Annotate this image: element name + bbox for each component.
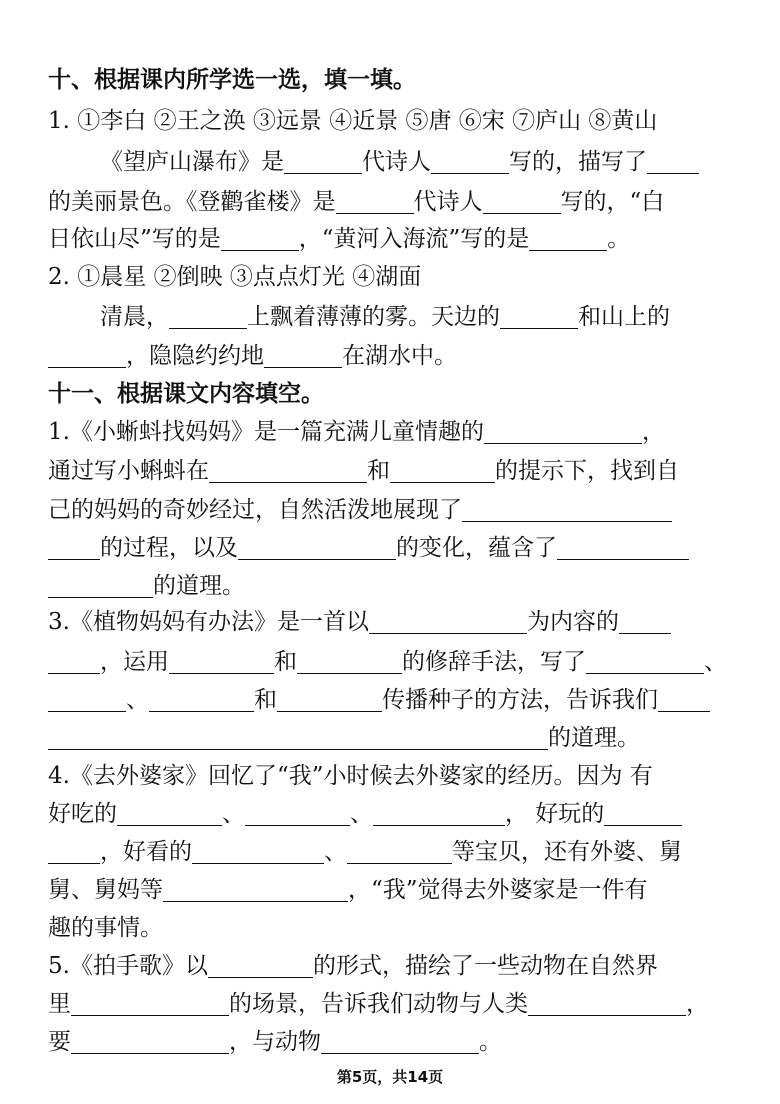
question-text: 等宝贝，还有外婆、舅 xyxy=(452,836,682,868)
answer-blank[interactable] xyxy=(48,685,126,712)
section-heading: 十一、根据课文内容填空。 xyxy=(48,370,324,410)
answer-blank[interactable] xyxy=(48,571,153,598)
question-text: 、 xyxy=(222,798,245,830)
question-text: 3.《植物妈妈有办法》是一首以 xyxy=(48,606,369,638)
question-line: 的过程，以及的变化，蕴含了 xyxy=(48,524,689,564)
question-line: 4.《去外婆家》回忆了“我”小时候去外婆家的经历。因为 有 xyxy=(48,752,653,792)
answer-blank[interactable] xyxy=(149,685,254,712)
question-line: 好吃的、、， 好玩的 xyxy=(48,790,682,830)
answer-blank[interactable] xyxy=(431,147,509,174)
question-text: ，“我”觉得去外婆家是一件有 xyxy=(348,874,648,906)
answer-blank[interactable] xyxy=(192,837,324,864)
answer-blank[interactable] xyxy=(483,187,561,214)
answer-blank[interactable] xyxy=(208,951,313,978)
question-text: 里 xyxy=(48,988,71,1020)
answer-blank[interactable] xyxy=(347,837,452,864)
answer-blank[interactable] xyxy=(528,989,686,1016)
question-text: ，与动物 xyxy=(229,1026,321,1058)
answer-blank[interactable] xyxy=(619,607,671,634)
answer-blank[interactable] xyxy=(245,799,350,826)
question-text: 、 xyxy=(126,684,149,716)
answer-blank[interactable] xyxy=(221,224,299,251)
question-line: 要，与动物。 xyxy=(48,1018,502,1058)
answer-blank[interactable] xyxy=(48,533,100,560)
question-text: ， xyxy=(642,416,665,448)
question-line: 里的场景，告诉我们动物与人类， xyxy=(48,980,709,1020)
question-text: 和山上的 xyxy=(578,301,670,333)
question-text: 、 xyxy=(324,836,347,868)
question-text: ，“黄河入海流”写的是 xyxy=(299,223,530,255)
question-line: 《望庐山瀑布》是代诗人写的，描写了 xyxy=(100,138,699,178)
question-text: 写的，“白 xyxy=(561,186,665,218)
question-text: 代诗人 xyxy=(414,186,483,218)
question-line: ，运用和的修辞手法，写了、 xyxy=(48,638,727,678)
question-text: 代诗人 xyxy=(362,146,431,178)
question-text: 的形式，描绘了一些动物在自然界 xyxy=(313,950,658,982)
question-options: 2. ①晨星 ②倒映 ③点点灯光 ④湖面 xyxy=(48,253,421,293)
question-text: 。 xyxy=(479,1026,502,1058)
answer-blank[interactable] xyxy=(604,799,682,826)
question-text: ，隐隐约约地 xyxy=(126,340,264,372)
question-text: 和 xyxy=(254,684,277,716)
answer-blank[interactable] xyxy=(297,647,402,674)
question-text: 1.《小蜥蚪找妈妈》是一篇充满儿童情趣的 xyxy=(48,416,484,448)
question-text: 和 xyxy=(274,646,297,678)
page-footer: 第5页，共14页 xyxy=(0,1066,780,1087)
answer-blank[interactable] xyxy=(658,685,710,712)
answer-blank[interactable] xyxy=(209,456,367,483)
answer-blank[interactable] xyxy=(71,1027,229,1054)
answer-blank[interactable] xyxy=(163,875,348,902)
answer-blank[interactable] xyxy=(284,147,362,174)
question-line: 日依山尽”写的是，“黄河入海流”写的是。 xyxy=(48,215,630,255)
answer-blank[interactable] xyxy=(117,799,222,826)
question-text: 舅、舅妈等 xyxy=(48,874,163,906)
section-heading: 十、根据课内所学选一选，填一填。 xyxy=(48,56,416,96)
question-text: 的场景，告诉我们动物与人类 xyxy=(229,988,528,1020)
answer-blank[interactable] xyxy=(373,799,505,826)
question-line: 5.《拍手歌》以的形式，描绘了一些动物在自然界 xyxy=(48,942,658,982)
question-line: 的道理。 xyxy=(48,714,640,754)
answer-blank[interactable] xyxy=(264,341,342,368)
answer-blank[interactable] xyxy=(169,302,247,329)
question-text: 要 xyxy=(48,1026,71,1058)
answer-blank[interactable] xyxy=(586,647,704,674)
question-text: ，运用 xyxy=(100,646,169,678)
question-line: 的道理。 xyxy=(48,562,245,602)
answer-blank[interactable] xyxy=(390,456,495,483)
question-text: 5.《拍手歌》以 xyxy=(48,950,208,982)
question-line: 3.《植物妈妈有办法》是一首以为内容的 xyxy=(48,598,671,638)
question-text: 为内容的 xyxy=(527,606,619,638)
question-line: 舅、舅妈等，“我”觉得去外婆家是一件有 xyxy=(48,866,648,906)
answer-blank[interactable] xyxy=(484,417,642,444)
answer-blank[interactable] xyxy=(71,989,229,1016)
answer-blank[interactable] xyxy=(238,533,396,560)
question-text: 上飘着薄薄的雾。天边的 xyxy=(247,301,500,333)
question-text: 好吃的 xyxy=(48,798,117,830)
question-text: 、 xyxy=(704,646,727,678)
answer-blank[interactable] xyxy=(169,647,274,674)
question-text: 4.《去外婆家》回忆了“我”小时候去外婆家的经历。因为 有 xyxy=(48,760,653,792)
question-text: 的美丽景色。《登鹳雀楼》是 xyxy=(48,186,336,218)
answer-blank[interactable] xyxy=(48,837,100,864)
question-line: ，隐隐约约地在湖水中。 xyxy=(48,332,457,372)
question-options: 1. ①李白 ②王之涣 ③远景 ④近景 ⑤唐 ⑥宋 ⑦庐山 ⑧黄山 xyxy=(48,97,657,137)
answer-blank[interactable] xyxy=(529,224,607,251)
question-text: 通过写小蝌蚪在 xyxy=(48,455,209,487)
answer-blank[interactable] xyxy=(462,495,672,522)
question-line: 清晨，上飘着薄薄的雾。天边的和山上的 xyxy=(100,293,670,333)
question-text: 的变化，蕴含了 xyxy=(396,532,557,564)
question-text: ， 好玩的 xyxy=(505,798,604,830)
question-text: 己的妈妈的奇妙经过，自然活泼地展现了 xyxy=(48,494,462,526)
question-line: 的美丽景色。《登鹳雀楼》是代诗人写的，“白 xyxy=(48,178,664,218)
question-text: 的道理。 xyxy=(548,722,640,754)
answer-blank[interactable] xyxy=(48,647,100,674)
question-text: 《望庐山瀑布》是 xyxy=(100,146,284,178)
answer-blank[interactable] xyxy=(500,302,578,329)
question-text: 的提示下，找到自 xyxy=(495,455,679,487)
question-text: 和 xyxy=(367,455,390,487)
question-text: ， xyxy=(686,988,709,1020)
question-text: 的过程，以及 xyxy=(100,532,238,564)
question-text: 写的，描写了 xyxy=(509,146,647,178)
answer-blank[interactable] xyxy=(48,341,126,368)
question-text: 趣的事情。 xyxy=(48,912,163,944)
question-line: 己的妈妈的奇妙经过，自然活泼地展现了 xyxy=(48,486,672,526)
question-text: ，好看的 xyxy=(100,836,192,868)
question-text: 的修辞手法，写了 xyxy=(402,646,586,678)
answer-blank[interactable] xyxy=(277,685,382,712)
question-line: 、和传播种子的方法，告诉我们 xyxy=(48,676,710,716)
question-line: 趣的事情。 xyxy=(48,904,163,944)
question-text: 。 xyxy=(607,223,630,255)
answer-blank[interactable] xyxy=(647,147,699,174)
question-text: 、 xyxy=(350,798,373,830)
answer-blank[interactable] xyxy=(557,533,689,560)
worksheet-page: 十、根据课内所学选一选，填一填。1. ①李白 ②王之涣 ③远景 ④近景 ⑤唐 ⑥… xyxy=(0,0,780,1104)
question-text: 日依山尽”写的是 xyxy=(48,223,221,255)
question-line: 1.《小蜥蚪找妈妈》是一篇充满儿童情趣的， xyxy=(48,408,665,448)
question-text: 传播种子的方法，告诉我们 xyxy=(382,684,658,716)
answer-blank[interactable] xyxy=(369,607,527,634)
question-line: 通过写小蝌蚪在和的提示下，找到自 xyxy=(48,447,679,487)
answer-blank[interactable] xyxy=(321,1027,479,1054)
answer-blank[interactable] xyxy=(48,723,548,750)
question-line: ，好看的、等宝贝，还有外婆、舅 xyxy=(48,828,682,868)
question-text: 清晨， xyxy=(100,301,169,333)
question-text: 在湖水中。 xyxy=(342,340,457,372)
answer-blank[interactable] xyxy=(336,187,414,214)
